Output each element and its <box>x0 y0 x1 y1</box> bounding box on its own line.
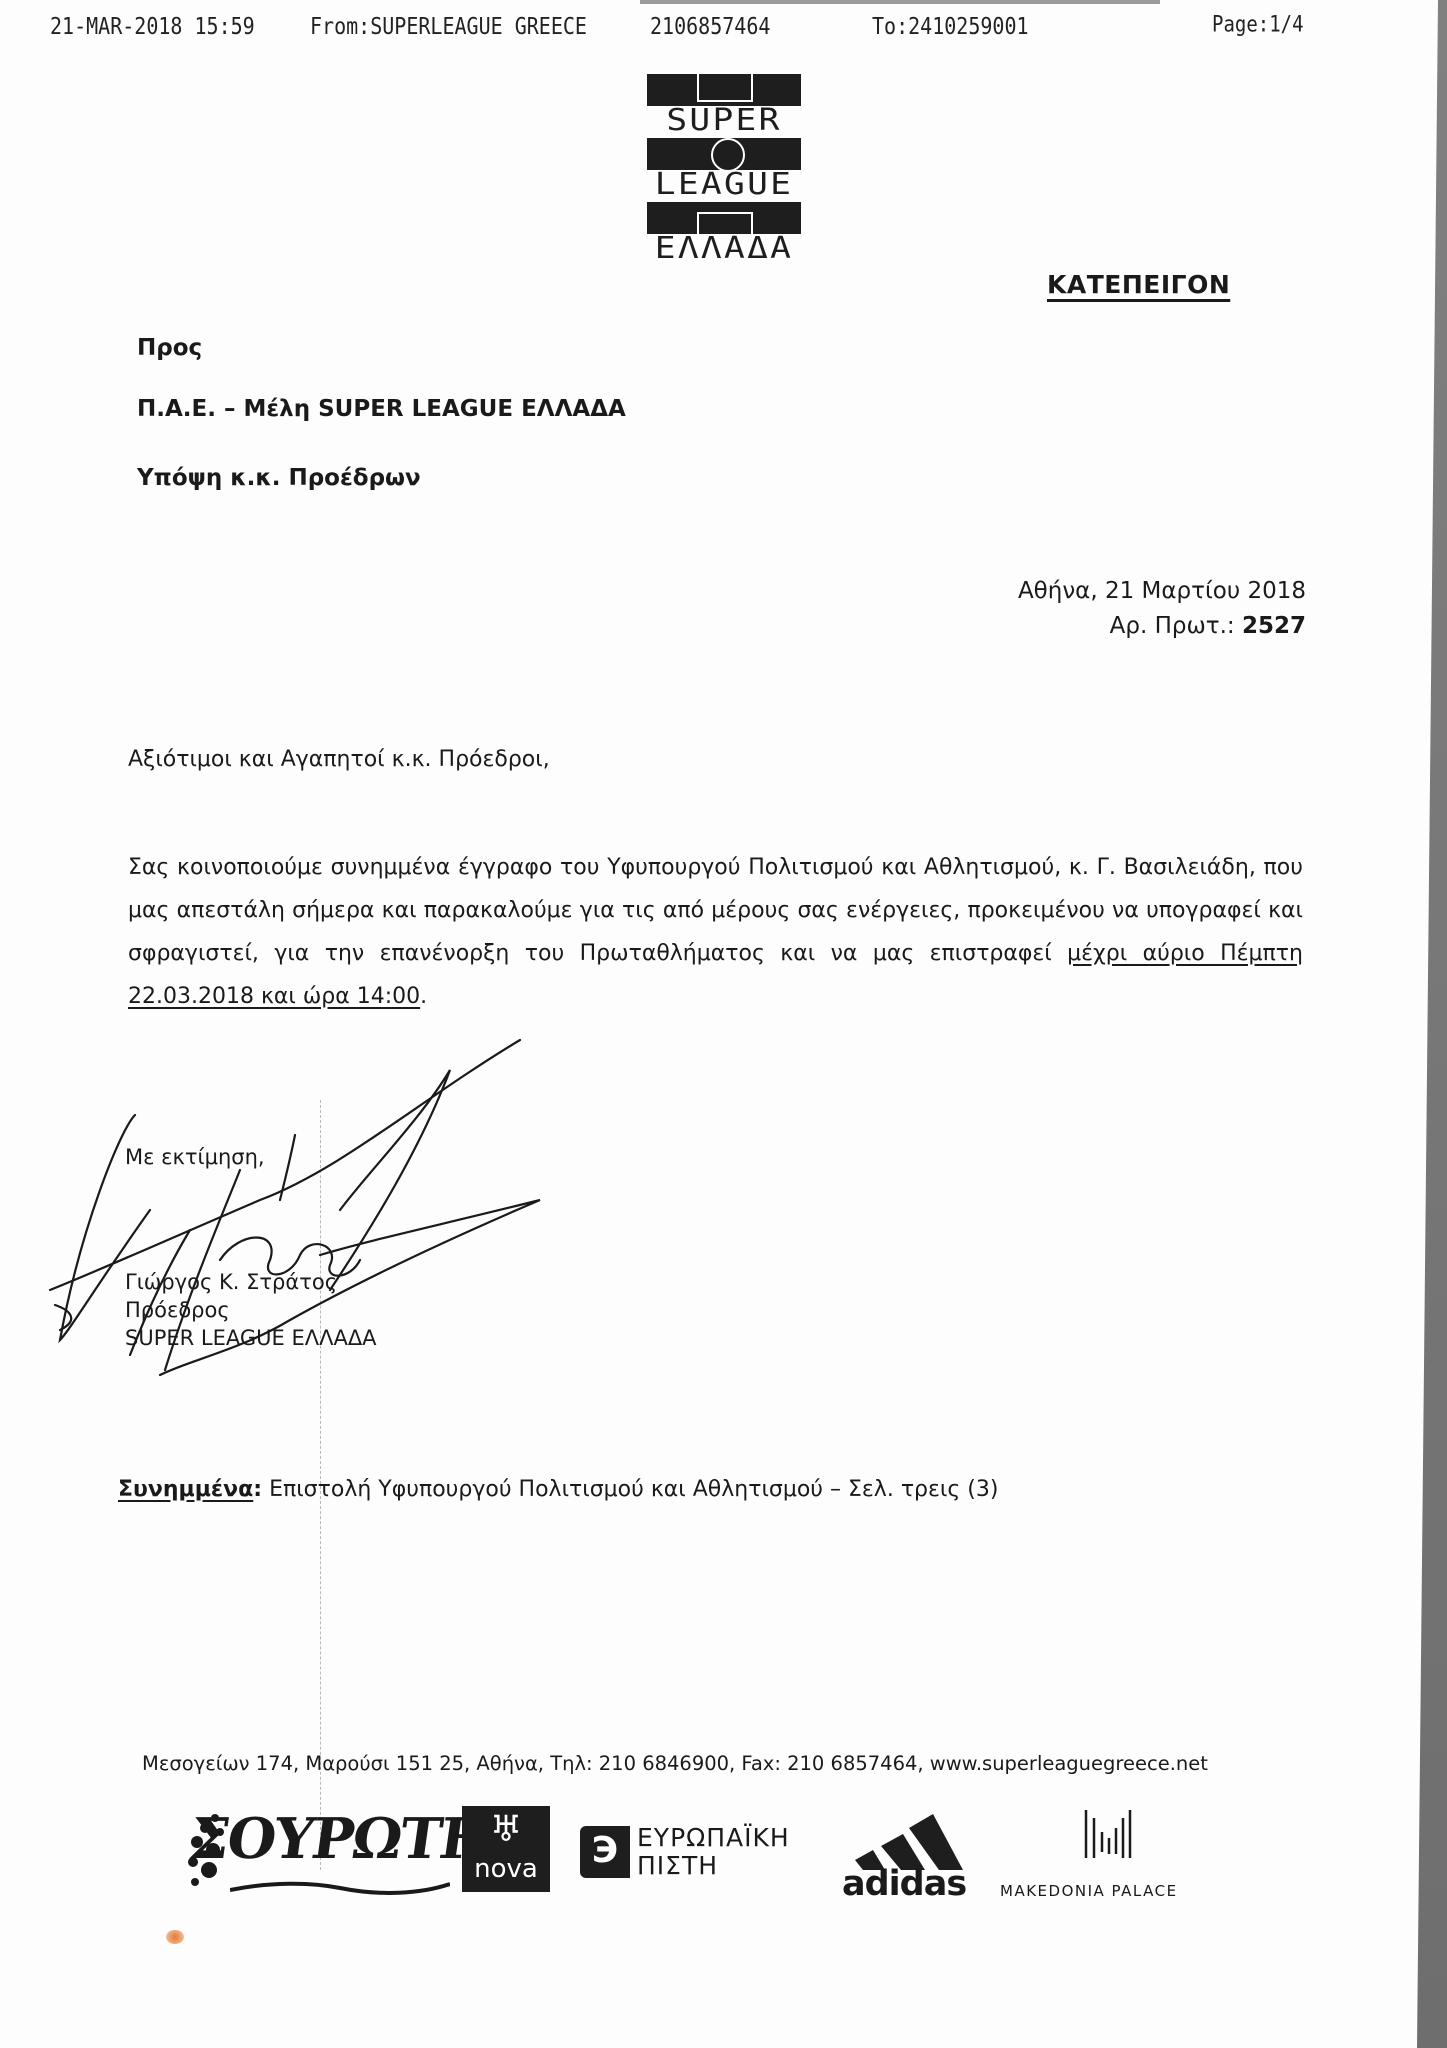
scan-edge <box>1417 0 1447 2048</box>
addressee-recipients: Π.Α.Ε. – Μέλη SUPER LEAGUE ΕΛΛΑΔΑ <box>137 396 626 422</box>
handwritten-signature-icon <box>40 1030 560 1390</box>
attachments-line: Συνημμένα: Επιστολή Υφυπουργού Πολιτισμο… <box>118 1477 998 1502</box>
attachments-text: Επιστολή Υφυπουργού Πολιτισμού και Αθλητ… <box>269 1477 998 1502</box>
protocol-label: Αρ. Πρωτ.: <box>1110 613 1235 639</box>
logo-pitch-top-icon <box>647 74 801 106</box>
sponsor-souroti: ΣΟΥΡΩΤΗ <box>185 1806 495 1872</box>
nova-name: nova <box>462 1854 550 1884</box>
sponsor-europaiki-pisti: ΕΥΡΩΠΑΪΚΗ ΠΙΣΤΗ <box>637 1824 790 1880</box>
protocol-number: 2527 <box>1242 613 1306 639</box>
europaiki-line-1: ΕΥΡΩΠΑΪΚΗ <box>637 1824 790 1852</box>
fax-header: 21-MAR-2018 15:59 From:SUPERLEAGUE GREEC… <box>50 12 1387 42</box>
sponsor-makedonia-palace: MAKEDONIA PALACE <box>1000 1882 1178 1900</box>
fax-page: Page:1/4 <box>1212 12 1304 37</box>
logo-pitch-center-icon <box>647 138 801 170</box>
sponsor-nova: ♅ nova <box>462 1806 550 1892</box>
nova-symbol-icon: ♅ <box>462 1806 550 1854</box>
fax-from-number: 2106857464 <box>650 12 770 40</box>
superleague-logo: SUPER LEAGUE ΕΛΛΑΔΑ <box>643 74 805 266</box>
logo-line-3: ΕΛΛΑΔΑ <box>631 234 817 266</box>
fax-to: To:2410259001 <box>872 12 1029 40</box>
place-date: Αθήνα, 21 Μαρτίου 2018 <box>1018 574 1306 609</box>
scan-stain <box>166 1930 184 1944</box>
addressee-attention: Υπόψη κ.κ. Προέδρων <box>137 465 421 491</box>
date-block: Αθήνα, 21 Μαρτίου 2018 Αρ. Πρωτ.: 2527 <box>1018 574 1306 644</box>
fax-datetime: 21-MAR-2018 15:59 <box>50 12 255 40</box>
europaiki-line-2: ΠΙΣΤΗ <box>637 1852 790 1880</box>
logo-line-1: SUPER <box>631 106 817 138</box>
fax-from: From:SUPERLEAGUE GREECE <box>310 12 587 40</box>
souroti-wave-icon <box>230 1880 450 1896</box>
logo-line-2: LEAGUE <box>631 170 817 202</box>
body-end: . <box>420 984 427 1009</box>
logo-pitch-bottom-icon <box>647 202 801 234</box>
urgent-label: ΚΑΤΕΠΕΙΓΟΝ <box>1047 270 1230 299</box>
makedonia-palace-logo-icon <box>1082 1808 1132 1860</box>
scan-top-artifact <box>640 0 1160 4</box>
attachments-label: Συνημμένα <box>118 1477 253 1502</box>
sponsor-adidas: adidas <box>842 1864 966 1904</box>
europaiki-pisti-logo-icon: Э <box>580 1826 630 1878</box>
body-paragraph: Σας κοινοποιούμε συνημμένα έγγραφο του Υ… <box>128 846 1303 1018</box>
addressee-to-label: Προς <box>137 335 202 361</box>
footer-address: Μεσογείων 174, Μαρούσι 151 25, Αθήνα, Τη… <box>142 1752 1208 1775</box>
greeting: Αξιότιμοι και Αγαπητοί κ.κ. Πρόεδροι, <box>128 747 550 772</box>
protocol-line: Αρ. Πρωτ.: 2527 <box>1018 609 1306 644</box>
